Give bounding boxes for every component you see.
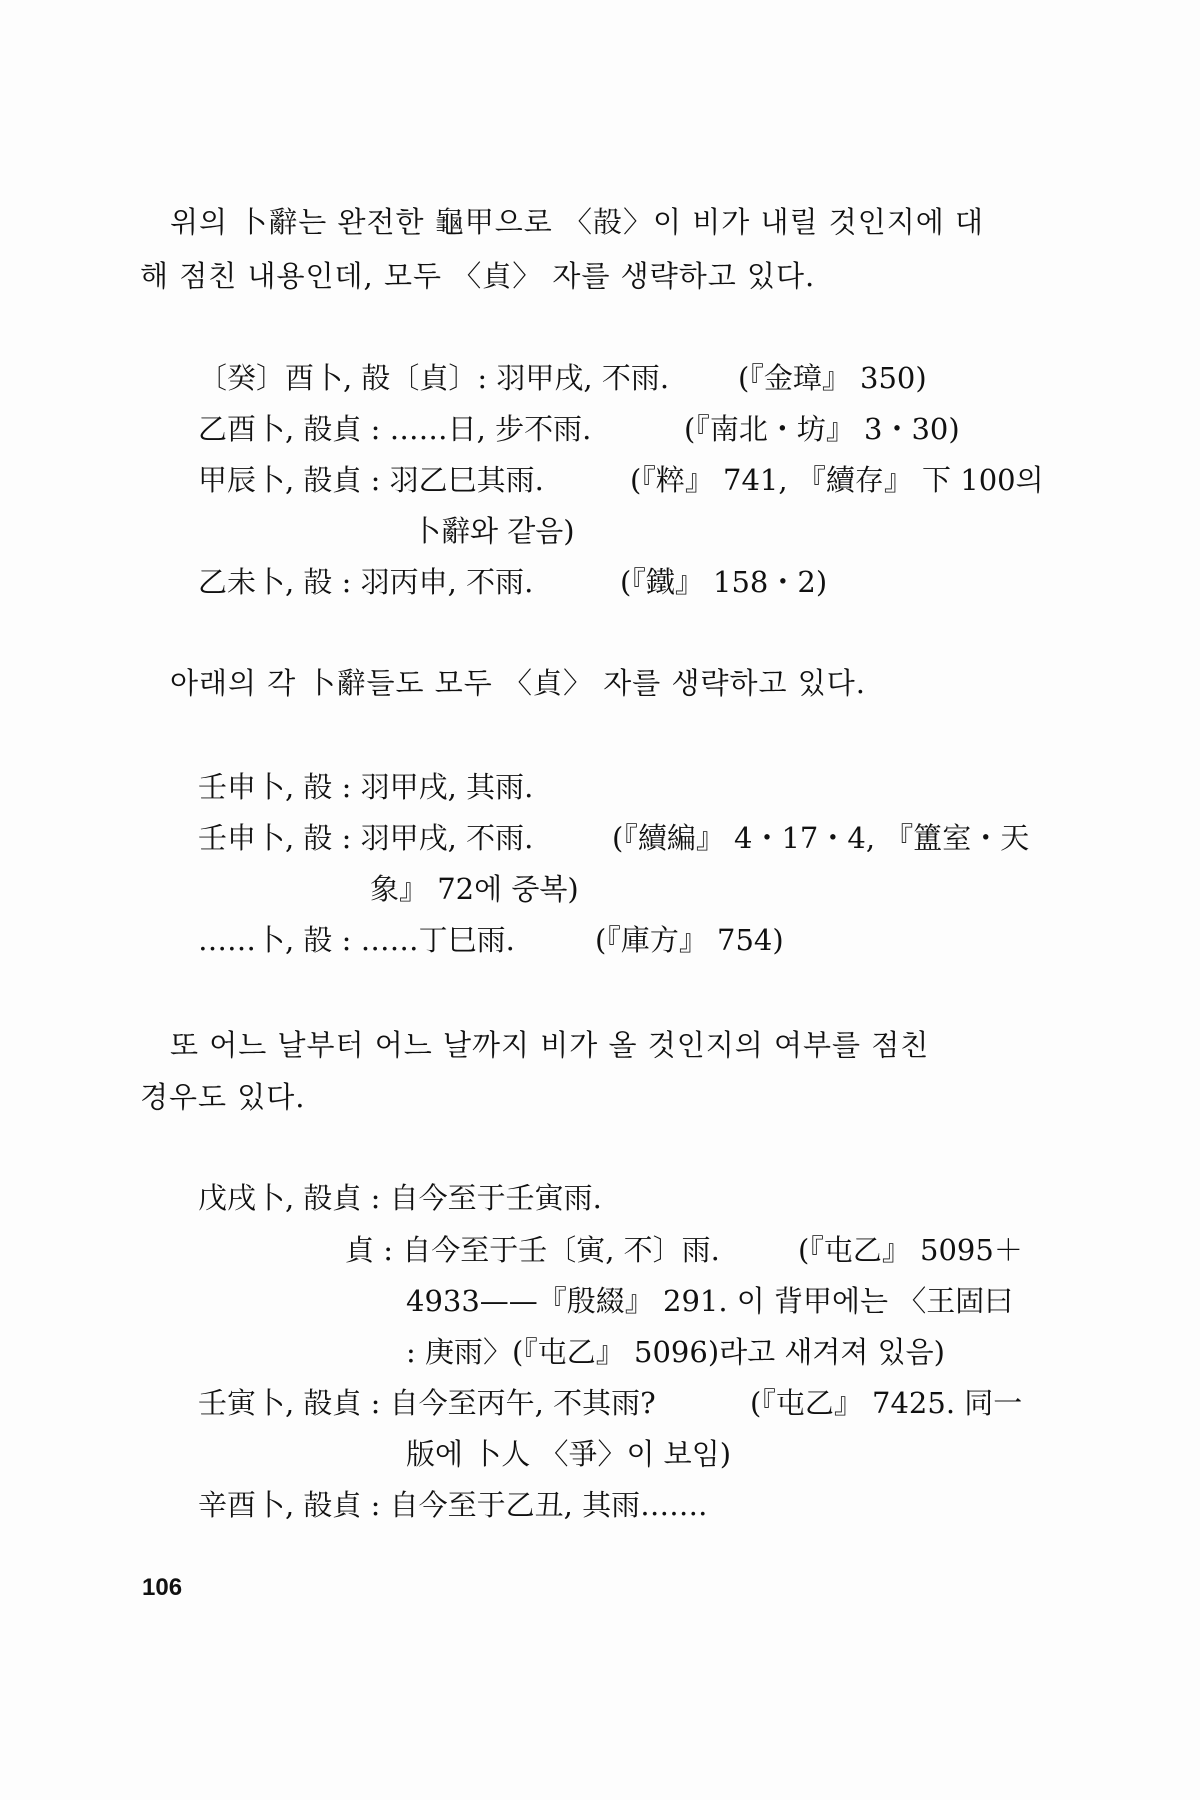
paragraph-1-line-2: 해 점친 내용인데, 모두 〈貞〉 자를 생략하고 있다. [140, 258, 815, 294]
inscription-ref-continued: 4933——『殷綴』 291. 이 背甲에는 〈王固曰 [406, 1283, 1013, 1319]
inscription-ref: (『庫方』 754) [595, 922, 784, 958]
inscription-ref-continued: 象』 72에 중복) [370, 871, 579, 907]
inscription-text: 壬申卜, 㱿 : 羽甲戌, 其雨. [198, 769, 533, 805]
paragraph-1-line-1: 위의 卜辭는 완전한 龜甲으로 〈㱿〉이 비가 내릴 것인지에 대 [170, 204, 984, 240]
paragraph-3-line-1: 또 어느 날부터 어느 날까지 비가 올 것인지의 여부를 점친 [170, 1027, 929, 1063]
inscription-text: 貞 : 自今至于壬〔寅, 不〕雨. [345, 1232, 720, 1268]
inscription-ref: (『屯乙』 5095＋ [798, 1232, 1023, 1268]
inscription-text: 乙酉卜, 㱿貞 : ……日, 步不雨. [198, 411, 591, 447]
inscription-text: 壬申卜, 㱿 : 羽甲戌, 不雨. [198, 820, 533, 856]
inscription-ref-continued: : 庚雨〉(『屯乙』 5096)라고 새겨져 있음) [406, 1334, 945, 1370]
paragraph-3-line-2: 경우도 있다. [140, 1079, 306, 1115]
inscription-text: 辛酉卜, 㱿貞 : 自今至于乙丑, 其雨……. [198, 1487, 707, 1523]
inscription-ref: (『屯乙』 7425. 同一 [750, 1385, 1022, 1421]
inscription-text: 乙未卜, 㱿 : 羽丙申, 不雨. [198, 564, 533, 600]
inscription-ref: (『南北・坊』 3・30) [684, 411, 960, 447]
page-number: 106 [142, 1574, 182, 1602]
inscription-ref: (『金璋』 350) [738, 360, 927, 396]
inscription-ref: (『續編』 4・17・4, 『簠室・天 [612, 820, 1029, 856]
inscription-ref: (『鐵』 158・2) [620, 564, 827, 600]
inscription-text: ……卜, 㱿 : ……丁巳雨. [198, 922, 515, 958]
inscription-text: 甲辰卜, 㱿貞 : 羽乙巳其雨. [198, 462, 544, 498]
inscription-ref-continued: 版에 卜人 〈爭〉이 보임) [406, 1436, 731, 1472]
inscription-text: 戊戌卜, 㱿貞 : 自今至于壬寅雨. [198, 1180, 602, 1216]
inscription-ref: (『粹』 741, 『續存』 下 100의 [630, 462, 1044, 498]
inscription-text: 壬寅卜, 㱿貞 : 自今至丙午, 不其雨? [198, 1385, 656, 1421]
inscription-ref-continued: 卜辭와 같음) [412, 513, 575, 549]
paragraph-2-line-1: 아래의 각 卜辭들도 모두 〈貞〉 자를 생략하고 있다. [170, 665, 866, 701]
inscription-text: 〔癸〕酉卜, 㱿〔貞〕: 羽甲戌, 不雨. [198, 360, 669, 396]
